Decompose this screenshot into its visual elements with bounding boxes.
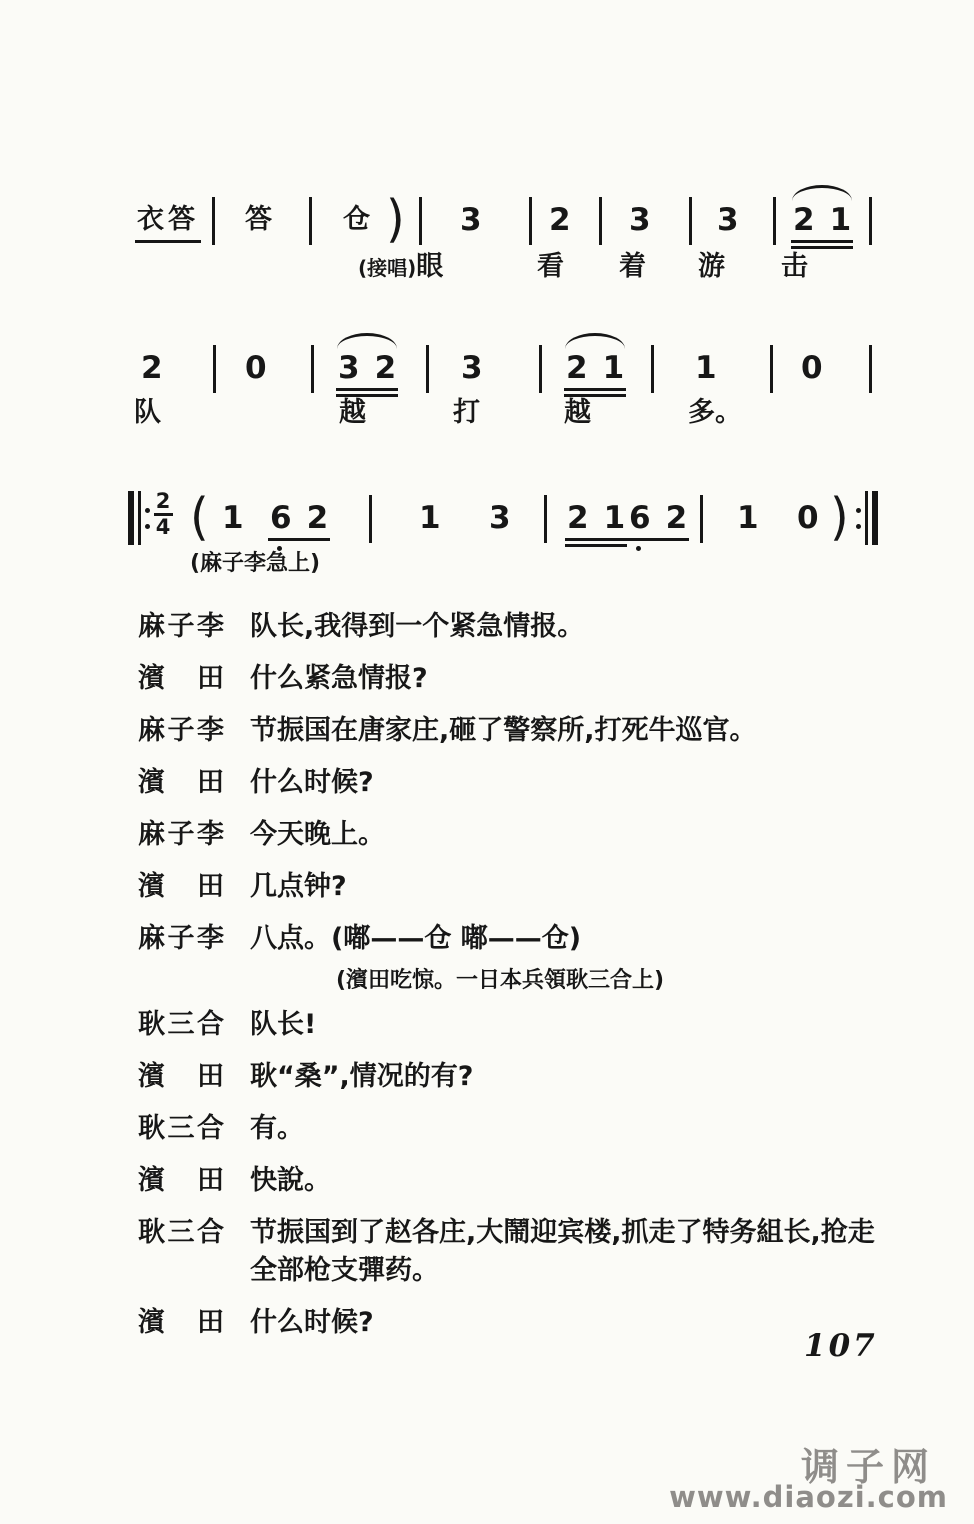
score-note: 6 [629, 498, 651, 538]
barline-icon [869, 345, 872, 393]
speaker-label: 麻子李 [138, 920, 224, 958]
barline-icon [529, 197, 532, 245]
score-note-group: 21 [566, 348, 624, 388]
barline-icon [700, 495, 703, 543]
dialogue-line: 麻子李节振国在唐家庄,砸了警察所,打死牛巡官。 [138, 712, 880, 750]
dialogue-text: 什么时候? [250, 1304, 880, 1342]
score-row: 203232110队越打越多。 [0, 348, 974, 408]
dialogue-line: 濱田几点钟? [138, 868, 880, 906]
score-note: 2 [141, 348, 163, 388]
dialogue-line: 濱田耿“桑”,情况的有? [138, 1058, 880, 1096]
page-number: 107 [804, 1328, 878, 1364]
beam-line [564, 388, 626, 391]
dialogue-text: (濱田吃惊。一日本兵領耿三合上) [250, 966, 880, 996]
beam-line [791, 240, 853, 243]
score-note: 3 [489, 498, 511, 538]
dialogue-line: 耿三合队长! [138, 1006, 880, 1044]
lyric-syllable: 多。 [688, 396, 742, 430]
time-signature: 24 [150, 491, 176, 538]
score-note: 0 [797, 498, 819, 538]
speaker-label: 耿三合 [138, 1006, 224, 1044]
score-note: 3 [629, 200, 651, 240]
beam-line [135, 240, 201, 243]
speaker-label: 耿三合 [138, 1110, 224, 1148]
dialogue-line: 耿三合有。 [138, 1110, 880, 1148]
barline-icon [311, 345, 314, 393]
dialogue-line: 濱田什么时候? [138, 764, 880, 802]
speaker-label: 濱田 [138, 868, 224, 906]
tie-arc-icon [337, 333, 397, 349]
lyric-syllable: 游 [698, 250, 725, 284]
thin-bar [138, 491, 141, 545]
speaker-label: 濱田 [138, 1162, 224, 1200]
beam-line [791, 246, 853, 249]
score-note-group: 32 [338, 348, 396, 388]
speaker-label: 麻子李 [138, 712, 224, 750]
score-note: 3 [461, 348, 483, 388]
parenthesis-glyph: ( [190, 490, 209, 545]
speaker-label: 麻子李 [138, 608, 224, 646]
score-note: 1 [603, 348, 625, 388]
lyric-syllable: 队 [134, 396, 161, 430]
barline-icon [599, 197, 602, 245]
dialogue-text: 几点钟? [250, 868, 880, 906]
score-note: 3 [717, 200, 739, 240]
repeat-sign-left-icon [128, 491, 150, 545]
lyric-syllable: 击 [781, 250, 808, 284]
barline-icon [544, 495, 547, 543]
dialogue-text: 节振国到了赵各庄,大鬧迎宾楼,抓走了特务組长,抢走全部枪支彈药。 [250, 1214, 880, 1290]
score-row: 衣答答仓)323321(接唱)眼看着游击 [0, 200, 974, 260]
barline-icon [770, 345, 773, 393]
score-note-group: 62 [629, 498, 687, 538]
barline-icon [539, 345, 542, 393]
repeat-sign-right-icon [856, 491, 878, 545]
score-note: 1 [222, 498, 244, 538]
lyric-syllable: 看 [537, 250, 564, 284]
score-note: 2 [307, 498, 329, 538]
score-note: 2 [566, 348, 588, 388]
score-note: 3 [338, 348, 360, 388]
barline-icon [212, 197, 215, 245]
dot [856, 508, 861, 513]
book-page: 衣答答仓)323321(接唱)眼看着游击203232110队越打越多。24(16… [0, 0, 974, 1524]
score-note: 1 [737, 498, 759, 538]
thin-bar [865, 491, 868, 545]
parenthesis-glyph: ) [830, 490, 849, 545]
beam-line [627, 538, 689, 541]
dialogue-line: 耿三合节振国到了赵各庄,大鬧迎宾楼,抓走了特务組长,抢走全部枪支彈药。 [138, 1214, 880, 1290]
barline-icon [426, 345, 429, 393]
beam-line [336, 388, 398, 391]
dialogue-line: 濱田快說。 [138, 1162, 880, 1200]
score-note: 0 [801, 348, 823, 388]
score-note: 2 [666, 498, 688, 538]
watermark-site-url: www.diaozi.com [669, 1480, 948, 1514]
score-note: 1 [830, 200, 852, 240]
dialogue-line: 麻子李八点。(嘟——仓 嘟——仓) [138, 920, 880, 958]
barline-icon [689, 197, 692, 245]
score-row: 24(16213216210)(麻子李急上) [0, 498, 974, 558]
dialogue-text: 八点。(嘟——仓 嘟——仓) [250, 920, 880, 958]
dialogue-text: 什么时候? [250, 764, 880, 802]
score-note: 0 [245, 348, 267, 388]
dialogue-line: 麻子李今天晚上。 [138, 816, 880, 854]
barline-icon [651, 345, 654, 393]
barline-icon [213, 345, 216, 393]
parenthesis-glyph: ) [386, 192, 405, 247]
score-note-group: 21 [793, 200, 851, 240]
speaker-label: 耿三合 [138, 1214, 224, 1290]
dialogue-section: 麻子李队长,我得到一个紧急情报。濱田什么紧急情报?麻子李节振国在唐家庄,砸了警察… [138, 608, 880, 1356]
dialogue-text: 队长,我得到一个紧急情报。 [250, 608, 880, 646]
dialogue-text: 快說。 [250, 1162, 880, 1200]
beam-line [565, 544, 627, 547]
speaker-label: 麻子李 [138, 816, 224, 854]
score-note: 1 [604, 498, 626, 538]
barline-icon [869, 197, 872, 245]
score-note: 1 [419, 498, 441, 538]
stage-direction: (麻子李急上) [190, 546, 320, 577]
score-note-group: 62 [270, 498, 328, 538]
time-signature-numerator: 2 [156, 491, 171, 512]
dialogue-line: 濱田什么时候? [138, 1304, 880, 1342]
beam-line [565, 538, 627, 541]
lyric-syllable: 越 [339, 396, 366, 430]
barline-icon [419, 197, 422, 245]
speaker-label: 濱田 [138, 660, 224, 698]
time-signature-denominator: 4 [156, 517, 171, 538]
tie-arc-icon [565, 333, 625, 349]
score-note: 2 [793, 200, 815, 240]
lyric-syllable: 打 [453, 396, 480, 430]
lyric-syllable: 着 [619, 250, 646, 284]
stage-direction-line: (濱田吃惊。一日本兵領耿三合上) [138, 966, 880, 996]
dialogue-text: 节振国在唐家庄,砸了警察所,打死牛巡官。 [250, 712, 880, 750]
dialogue-text: 今天晚上。 [250, 816, 880, 854]
repeat-dots [856, 491, 861, 545]
lyric-annotation: (接唱) [358, 256, 416, 280]
speaker-label: 濱田 [138, 764, 224, 802]
percussion-syllable: 答 [245, 200, 276, 240]
speaker-label [138, 966, 224, 996]
dialogue-line: 濱田什么紧急情报? [138, 660, 880, 698]
lyric-syllable: (接唱)眼 [358, 250, 443, 285]
percussion-syllable: 仓 [343, 200, 374, 240]
speaker-label: 濱田 [138, 1058, 224, 1096]
barline-icon [309, 197, 312, 245]
speaker-label: 濱田 [138, 1304, 224, 1342]
dialogue-text: 有。 [250, 1110, 880, 1148]
dialogue-text: 耿“桑”,情况的有? [250, 1058, 880, 1096]
score-note: 1 [695, 348, 717, 388]
dialogue-text: 什么紧急情报? [250, 660, 880, 698]
dot [856, 524, 861, 529]
beam-line [268, 538, 330, 541]
barline-icon [773, 197, 776, 245]
lyric-syllable: 越 [564, 396, 591, 430]
dialogue-text: 队长! [250, 1006, 880, 1044]
score-note: 3 [460, 200, 482, 240]
thick-bar [128, 491, 134, 545]
score-note-group: 21 [567, 498, 625, 538]
score-note: 6 [270, 498, 292, 538]
dialogue-line: 麻子李队长,我得到一个紧急情报。 [138, 608, 880, 646]
tie-arc-icon [792, 185, 852, 201]
percussion-syllable: 衣答 [137, 200, 199, 240]
thick-bar [872, 491, 878, 545]
score-note: 2 [567, 498, 589, 538]
barline-icon [369, 495, 372, 543]
score-note: 2 [375, 348, 397, 388]
score-note: 2 [549, 200, 571, 240]
octave-dot-icon [636, 546, 641, 551]
